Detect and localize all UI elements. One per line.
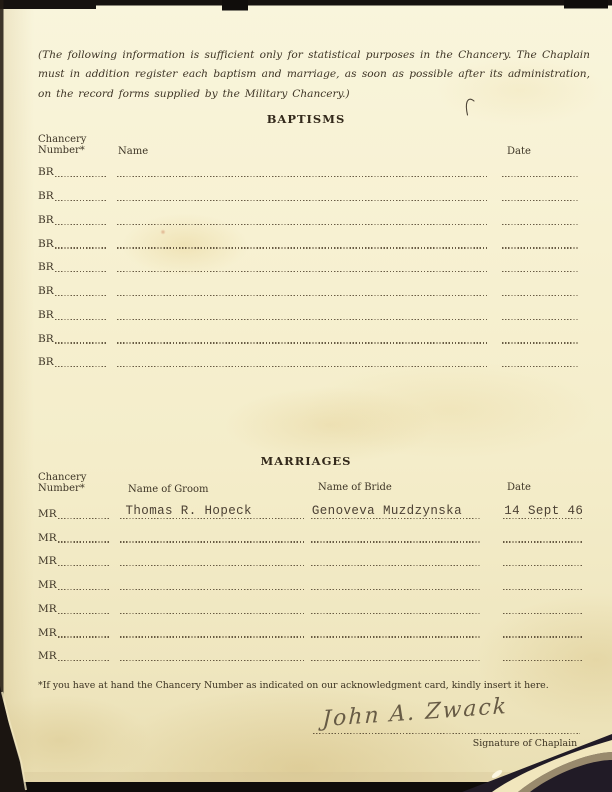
marriage-row: MR — [38, 591, 582, 615]
chancery-number-footnote: *If you have at hand the Chancery Number… — [38, 680, 549, 691]
marriage-row: MR — [38, 544, 582, 568]
marriages-col-chancery-line2: Number* — [38, 483, 85, 494]
name-field — [117, 188, 489, 202]
bride-name-field: Genoveva Muzdzynska — [311, 506, 480, 520]
chancery-number-field — [58, 601, 109, 615]
bride-name-field — [311, 625, 480, 639]
groom-name-field — [120, 577, 306, 591]
signature-caption: Signature of Chaplain — [470, 738, 580, 749]
bride-name-field — [311, 577, 480, 591]
scanner-edge-top — [0, 0, 612, 6]
row-prefix: BR — [38, 238, 54, 250]
date-field — [503, 553, 582, 567]
row-prefix: MR — [38, 650, 57, 662]
marriage-row: MR — [38, 520, 582, 544]
chancery-number-field — [55, 259, 106, 273]
baptism-row: BR — [38, 226, 582, 250]
date-field — [503, 530, 582, 544]
row-prefix: BR — [38, 166, 54, 178]
name-field — [117, 164, 489, 178]
row-prefix: MR — [38, 508, 57, 520]
name-field — [117, 307, 489, 321]
date-field — [503, 577, 582, 591]
date-field — [502, 283, 579, 297]
scanned-form-page: (The following information is sufficient… — [0, 0, 612, 792]
marriage-row: MRThomas R. HopeckGenoveva Muzdzynska14 … — [38, 496, 582, 520]
typed-entry: Genoveva Muzdzynska — [312, 504, 462, 518]
date-field — [503, 648, 582, 662]
marriages-col-groom: Name of Groom — [128, 484, 208, 495]
name-field — [117, 283, 489, 297]
signature-line — [313, 719, 580, 734]
row-prefix: MR — [38, 532, 57, 544]
baptisms-title: BAPTISMS — [0, 112, 612, 126]
marriage-row: MR — [38, 639, 582, 663]
baptism-row: BR — [38, 273, 582, 297]
baptism-row: BR — [38, 155, 582, 179]
chancery-number-field — [58, 625, 109, 639]
chancery-number-field — [55, 283, 106, 297]
bride-name-field — [311, 601, 480, 615]
date-field — [502, 236, 579, 250]
date-field — [502, 331, 579, 345]
row-prefix: BR — [38, 333, 54, 345]
name-field — [117, 354, 489, 368]
marriage-row: MR — [38, 567, 582, 591]
marriages-col-chancery-line1: Chancery — [38, 472, 86, 483]
name-field — [117, 331, 489, 345]
chancery-number-field — [58, 553, 109, 567]
row-prefix: BR — [38, 356, 54, 368]
baptism-row: BR — [38, 250, 582, 274]
groom-name-field — [120, 530, 306, 544]
bride-name-field — [311, 553, 480, 567]
typed-entry: Thomas R. Hopeck — [126, 504, 252, 518]
date-field — [502, 259, 579, 273]
name-field — [117, 212, 489, 226]
date-field — [502, 307, 579, 321]
bride-name-field — [311, 648, 480, 662]
marriages-title: MARRIAGES — [0, 454, 612, 468]
chancery-number-field — [58, 648, 109, 662]
date-field — [502, 212, 579, 226]
baptism-row: BR — [38, 178, 582, 202]
groom-name-field — [120, 648, 306, 662]
name-field — [117, 236, 489, 250]
baptisms-col-chancery-line1: Chancery — [38, 134, 86, 145]
marriages-col-date: Date — [507, 482, 531, 493]
chancery-number-field — [55, 236, 106, 250]
date-field — [502, 188, 579, 202]
chancery-number-field — [55, 354, 106, 368]
row-prefix: BR — [38, 309, 54, 321]
chancery-number-field — [58, 577, 109, 591]
row-prefix: MR — [38, 555, 57, 567]
intro-paragraph: (The following information is sufficient… — [38, 46, 590, 105]
row-prefix: BR — [38, 261, 54, 273]
row-prefix: BR — [38, 285, 54, 297]
row-prefix: BR — [38, 214, 54, 226]
baptisms-table: BRBRBRBRBRBRBRBRBR — [38, 155, 582, 369]
chancery-number-field — [58, 530, 109, 544]
chancery-number-field — [58, 506, 109, 520]
groom-name-field — [120, 601, 306, 615]
baptism-row: BR — [38, 345, 582, 369]
name-field — [117, 259, 489, 273]
chancery-number-field — [55, 188, 106, 202]
date-field — [502, 164, 579, 178]
groom-name-field — [120, 553, 306, 567]
date-field — [503, 601, 582, 615]
typed-entry: 14 Sept 46 — [504, 504, 583, 518]
groom-name-field — [120, 625, 306, 639]
date-field: 14 Sept 46 — [503, 506, 582, 520]
groom-name-field: Thomas R. Hopeck — [120, 506, 306, 520]
row-prefix: MR — [38, 627, 57, 639]
baptism-row: BR — [38, 202, 582, 226]
marriages-table: MRThomas R. HopeckGenoveva Muzdzynska14 … — [38, 496, 582, 662]
row-prefix: MR — [38, 579, 57, 591]
chancery-number-field — [55, 331, 106, 345]
chancery-number-field — [55, 164, 106, 178]
chancery-number-field — [55, 307, 106, 321]
baptism-row: BR — [38, 321, 582, 345]
bride-name-field — [311, 530, 480, 544]
chancery-number-field — [55, 212, 106, 226]
marriages-col-bride: Name of Bride — [318, 482, 392, 493]
marriage-row: MR — [38, 615, 582, 639]
date-field — [503, 625, 582, 639]
row-prefix: BR — [38, 190, 54, 202]
date-field — [502, 354, 579, 368]
baptism-row: BR — [38, 297, 582, 321]
torn-corner-bottom-left — [0, 686, 26, 792]
scanner-edge-bottom — [0, 782, 612, 792]
row-prefix: MR — [38, 603, 57, 615]
